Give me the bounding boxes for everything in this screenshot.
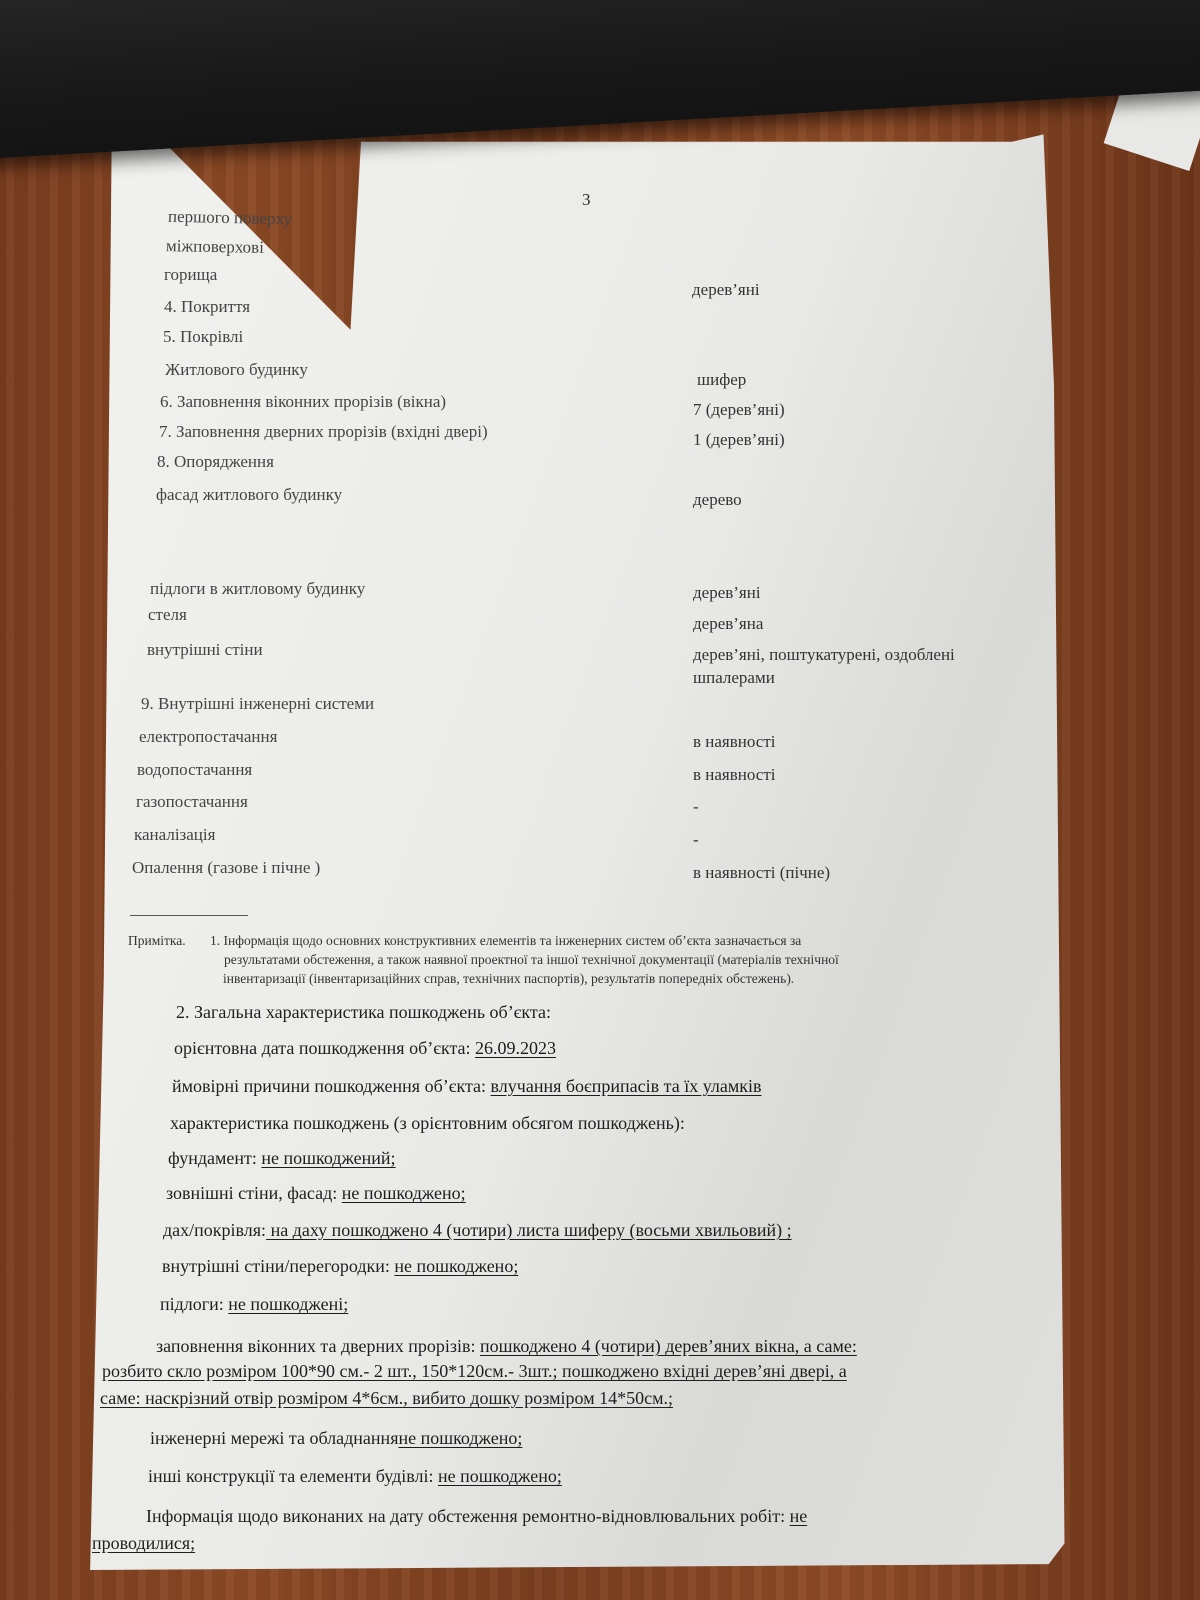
other-structures-row: інші конструкції та елементи будівлі: не…: [148, 1466, 562, 1487]
element-label: 4. Покриття: [164, 297, 250, 317]
element-label: каналізація: [134, 825, 215, 845]
damage-causes-value: влучання боєприпасів та їх уламків: [491, 1076, 762, 1096]
element-label: стеля: [148, 605, 187, 625]
element-value: 7 (дерев’яні): [693, 400, 785, 420]
external-walls-row: зовнішні стіни, фасад: не пошкоджено;: [166, 1183, 466, 1204]
repairs-value-continued: проводилися;: [92, 1533, 195, 1554]
element-label: 5. Покрівлі: [163, 327, 243, 347]
element-label: 8. Опорядження: [157, 452, 274, 472]
element-label: газопостачання: [136, 792, 248, 812]
element-value: дерев’яна: [693, 614, 763, 634]
element-label: першого поверху: [168, 207, 292, 230]
roof-row: дах/покрівля: на даху пошкоджено 4 (чоти…: [163, 1220, 792, 1241]
note-line: 1. Інформація щодо основних конструктивн…: [210, 933, 801, 949]
element-value: -: [693, 830, 699, 850]
openings-value-continued: саме: наскрізний отвір розміром 4*6см., …: [100, 1388, 673, 1409]
element-label: міжповерхові: [166, 236, 264, 258]
external-walls-value: не пошкоджено;: [342, 1183, 466, 1203]
internal-walls-row: внутрішні стіни/перегородки: не пошкодже…: [162, 1256, 518, 1277]
damage-heading: 2. Загальна характеристика пошкоджень об…: [176, 1002, 551, 1023]
element-label: 6. Заповнення віконних прорізів (вікна): [160, 392, 446, 412]
openings-value-continued: розбито скло розміром 100*90 см.- 2 шт.,…: [102, 1361, 847, 1382]
engineering-value: не пошкоджено;: [398, 1428, 522, 1448]
repairs-label: Інформація щодо виконаних на дату обстеж…: [146, 1506, 785, 1526]
element-value: дерев’яні, поштукатурені, оздоблені: [693, 645, 955, 665]
element-label: Опалення (газове і пічне ): [132, 858, 320, 878]
element-value: дерев’яні: [693, 583, 761, 603]
roof-label: дах/покрівля:: [163, 1220, 266, 1240]
element-label: Житлового будинку: [165, 360, 308, 380]
element-value: в наявності (пічне): [693, 863, 830, 883]
element-value: шифер: [697, 370, 746, 390]
note-line: результатами обстеження, а також наявної…: [224, 952, 839, 968]
element-label: електропостачання: [139, 727, 277, 747]
external-walls-label: зовнішні стіни, фасад:: [166, 1183, 337, 1203]
internal-walls-label: внутрішні стіни/перегородки:: [162, 1256, 390, 1276]
element-value: в наявності: [693, 765, 776, 785]
engineering-row: інженерні мережі та обладнанняне пошкодж…: [150, 1428, 522, 1449]
element-label: горища: [164, 265, 217, 285]
element-value: дерево: [693, 490, 742, 510]
other-structures-label: інші конструкції та елементи будівлі:: [148, 1466, 433, 1486]
damage-date-value: 26.09.2023: [475, 1038, 556, 1058]
foundation-label: фундамент:: [168, 1148, 257, 1168]
damage-causes-row: ймовірні причини пошкодження об’єкта: вл…: [172, 1076, 762, 1097]
repairs-value: не: [790, 1506, 808, 1526]
floors-label: підлоги:: [160, 1294, 224, 1314]
element-value: дерев’яні: [692, 280, 760, 300]
page-number: 3: [582, 190, 591, 210]
element-value: -: [693, 797, 699, 817]
element-label: водопостачання: [137, 760, 252, 780]
openings-value: пошкоджено 4 (чотири) дерев’яних вікна, …: [480, 1336, 857, 1356]
element-label: підлоги в житловому будинку: [150, 579, 365, 599]
engineering-label: інженерні мережі та обладнання: [150, 1428, 398, 1448]
element-value: 1 (дерев’яні): [693, 430, 785, 450]
repairs-row: Інформація щодо виконаних на дату обстеж…: [146, 1506, 807, 1527]
damage-characteristics-heading: характеристика пошкоджень (з орієнтовним…: [170, 1113, 685, 1134]
internal-walls-value: не пошкоджено;: [394, 1256, 518, 1276]
section-heading: 9. Внутрішні інженерні системи: [141, 694, 374, 714]
floors-value: не пошкоджені;: [228, 1294, 348, 1314]
openings-row: заповнення віконних та дверних прорізів:…: [156, 1336, 857, 1357]
roof-value: на даху пошкоджено 4 (чотири) листа шифе…: [266, 1220, 792, 1240]
element-label: 7. Заповнення дверних прорізів (вхідні д…: [159, 422, 488, 442]
note-line: інвентаризації (інвентаризаційних справ,…: [223, 971, 794, 987]
damage-date-label: орієнтовна дата пошкодження об’єкта:: [174, 1038, 471, 1058]
document-content: 3 першого поверху міжповерхові горища де…: [0, 0, 1200, 1600]
floors-row: підлоги: не пошкоджені;: [160, 1294, 348, 1315]
element-label: фасад житлового будинку: [156, 485, 342, 505]
foundation-value: не пошкоджений;: [261, 1148, 395, 1168]
element-label: внутрішні стіни: [147, 640, 263, 660]
element-value-continued: шпалерами: [693, 668, 775, 688]
footnote-divider: [130, 915, 248, 916]
other-structures-value: не пошкоджено;: [438, 1466, 562, 1486]
foundation-row: фундамент: не пошкоджений;: [168, 1148, 396, 1169]
note-prefix: Примітка.: [128, 933, 186, 949]
damage-date-row: орієнтовна дата пошкодження об’єкта: 26.…: [174, 1038, 556, 1059]
damage-causes-label: ймовірні причини пошкодження об’єкта:: [172, 1076, 486, 1096]
openings-label: заповнення віконних та дверних прорізів:: [156, 1336, 476, 1356]
element-value: в наявності: [693, 732, 776, 752]
